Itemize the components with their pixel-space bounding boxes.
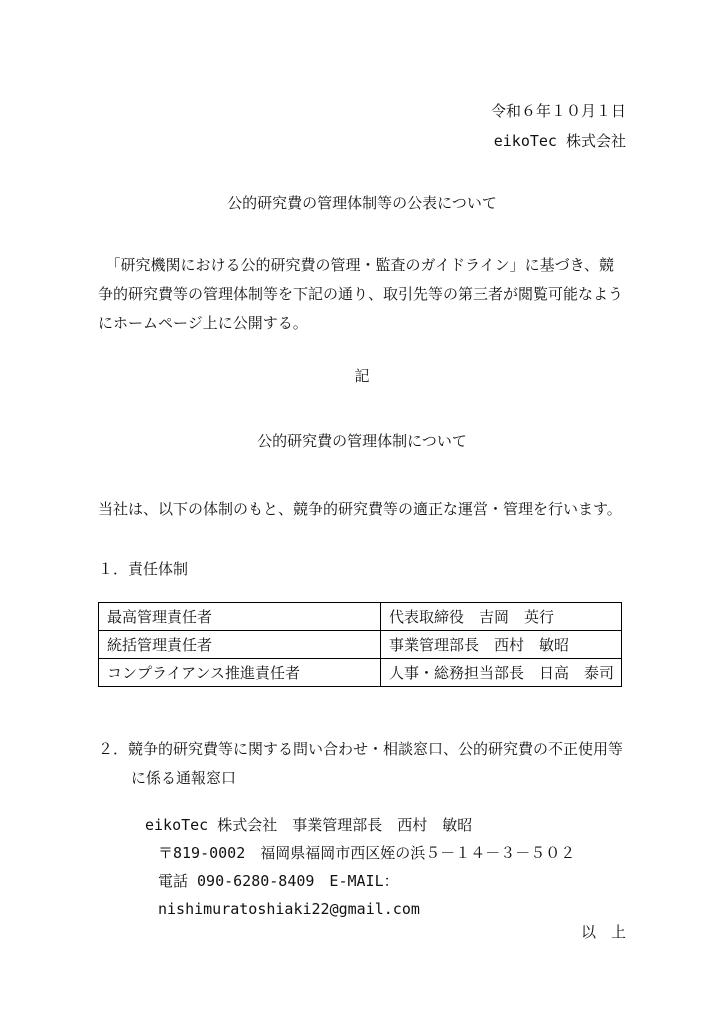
responsibility-table: 最高管理責任者 代表取締役 吉岡 英行 統括管理責任者 事業管理部長 西村 敏昭… — [98, 602, 622, 687]
closing-mark: 以 上 — [98, 921, 626, 943]
company-line: eikoTec 株式会社 — [491, 126, 626, 156]
contact-phone-email: 電話 090-6280-8409 E-MAIL：nishimuratoshiak… — [158, 867, 638, 923]
policy-statement: 当社は、以下の体制のもと、競争的研究費等の適正な運営・管理を行います。 — [98, 498, 638, 520]
person-cell: 事業管理部長 西村 敏昭 — [381, 631, 622, 659]
contact-block: eikoTec 株式会社 事業管理部長 西村 敏昭 〒819-0002 福岡県福… — [98, 811, 638, 923]
contact-address: 〒819-0002 福岡県福岡市西区姪の浜５－１４－３－５０２ — [158, 839, 638, 867]
intro-paragraph: 「研究機関における公的研究費の管理・監査のガイドライン」に基づき、競 争的研究費… — [98, 251, 634, 338]
role-cell: 統括管理責任者 — [99, 631, 381, 659]
person-cell: 人事・総務担当部長 日高 泰司 — [381, 659, 622, 687]
role-cell: 最高管理責任者 — [99, 603, 381, 631]
section2-heading-line2: に係る通報窓口 — [131, 764, 643, 793]
contact-name: eikoTec 株式会社 事業管理部長 西村 敏昭 — [145, 811, 638, 839]
document-title: 公的研究費の管理体制等の公表について — [0, 188, 724, 218]
section2-heading: ２．競争的研究費等に関する問い合わせ・相談窓口、公的研究費の不正使用等 に係る通… — [98, 735, 643, 793]
section-subtitle: 公的研究費の管理体制について — [0, 430, 724, 452]
role-cell: コンプライアンス推進責任者 — [99, 659, 381, 687]
table-row: コンプライアンス推進責任者 人事・総務担当部長 日高 泰司 — [99, 659, 622, 687]
person-cell: 代表取締役 吉岡 英行 — [381, 603, 622, 631]
document-page: 令和６年１０月１日 eikoTec 株式会社 公的研究費の管理体制等の公表につい… — [0, 0, 724, 1024]
section1-heading: １．責任体制 — [98, 558, 188, 580]
table-row: 統括管理責任者 事業管理部長 西村 敏昭 — [99, 631, 622, 659]
record-marker: 記 — [0, 365, 724, 387]
date-line: 令和６年１０月１日 — [491, 96, 626, 126]
document-header: 令和６年１０月１日 eikoTec 株式会社 — [491, 96, 626, 156]
section2-heading-line1: ２．競争的研究費等に関する問い合わせ・相談窓口、公的研究費の不正使用等 — [98, 735, 643, 764]
table-row: 最高管理責任者 代表取締役 吉岡 英行 — [99, 603, 622, 631]
